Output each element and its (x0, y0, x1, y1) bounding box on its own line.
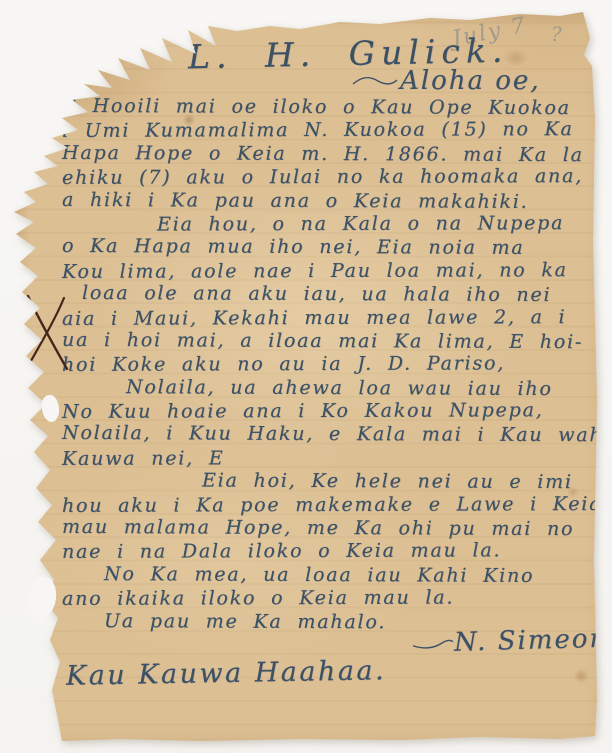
letter-line: Kauwa nei, E (62, 446, 574, 471)
letter-line: hou aku i Ka poe makemake e Lawe i Keia (62, 493, 574, 518)
signature-swash-icon (412, 636, 454, 651)
scanned-letter-page: July 7 ? L. H. Gulick. Aloha oe, E Hooil… (0, 0, 612, 753)
letter-body: E Hooili mai oe iloko o Kau Ope Kuokoa i… (62, 96, 574, 634)
signature-text: N. Simeona (454, 623, 612, 657)
letter-line: Eia hoi, Ke hele nei au e imi (62, 469, 574, 495)
flourish-swash-icon (352, 74, 398, 88)
letter-paper: July 7 ? L. H. Gulick. Aloha oe, E Hooil… (0, 0, 612, 753)
letter-line: i Umi Kumamalima N. Kuokoa (15) no Ka (62, 118, 574, 143)
letter-line: a hiki i Ka pau ana o Keia makahiki. (62, 188, 574, 214)
letter-line: Hapa Hope o Keia m. H. 1866. mai Ka la (62, 142, 574, 168)
letter-line: aia i Maui, Kekahi mau mea lawe 2, a i (62, 306, 574, 331)
letter-line: mau malama Hope, me Ka ohi pu mai no (62, 516, 574, 542)
letter-line: Nolaila, ua ahewa loa wau iau iho (62, 376, 574, 402)
letter-line: Eia hou, o na Kala o na Nupepa (62, 212, 574, 237)
letter-line: hoi Koke aku no au ia J. D. Pariso, (62, 352, 574, 377)
signature: N. Simeona (412, 623, 612, 659)
letter-line: E Hooili mai oe iloko o Kau Ope Kuokoa (62, 95, 574, 121)
paper-shadow: July 7 ? L. H. Gulick. Aloha oe, E Hooil… (0, 0, 612, 753)
letter-line: ua i hoi mai, a iloaa mai Ka lima, E hoi… (62, 329, 574, 355)
letter-line: loaa ole ana aku iau, ua hala iho nei (62, 282, 574, 308)
signoff-line: Kau Kauwa Haahaa. (66, 655, 387, 692)
pencil-question-mark: ? (551, 22, 562, 46)
letter-line: No Kuu hoaie ana i Ko Kakou Nupepa, (62, 399, 574, 424)
letter-line: ehiku (7) aku o Iulai no ka hoomaka ana, (62, 165, 574, 190)
letter-line: Kou lima, aole nae i Pau loa mai, no ka (62, 259, 574, 284)
letter-line: Nolaila, i Kuu Haku, e Kala mai i Kau wa… (62, 422, 574, 448)
salutation-text: Aloha oe, (400, 66, 541, 96)
salutation: Aloha oe, (352, 66, 541, 96)
letter-line: No Ka mea, ua loaa iau Kahi Kino (62, 563, 574, 589)
letter-line: ano ikaika iloko o Keia mau la. (62, 586, 574, 611)
letter-line: nae i na Dala iloko o Keia mau la. (62, 540, 574, 565)
x-margin-mark-icon (24, 292, 70, 372)
letter-line: o Ka Hapa mua iho nei, Eia noia ma (62, 235, 574, 261)
